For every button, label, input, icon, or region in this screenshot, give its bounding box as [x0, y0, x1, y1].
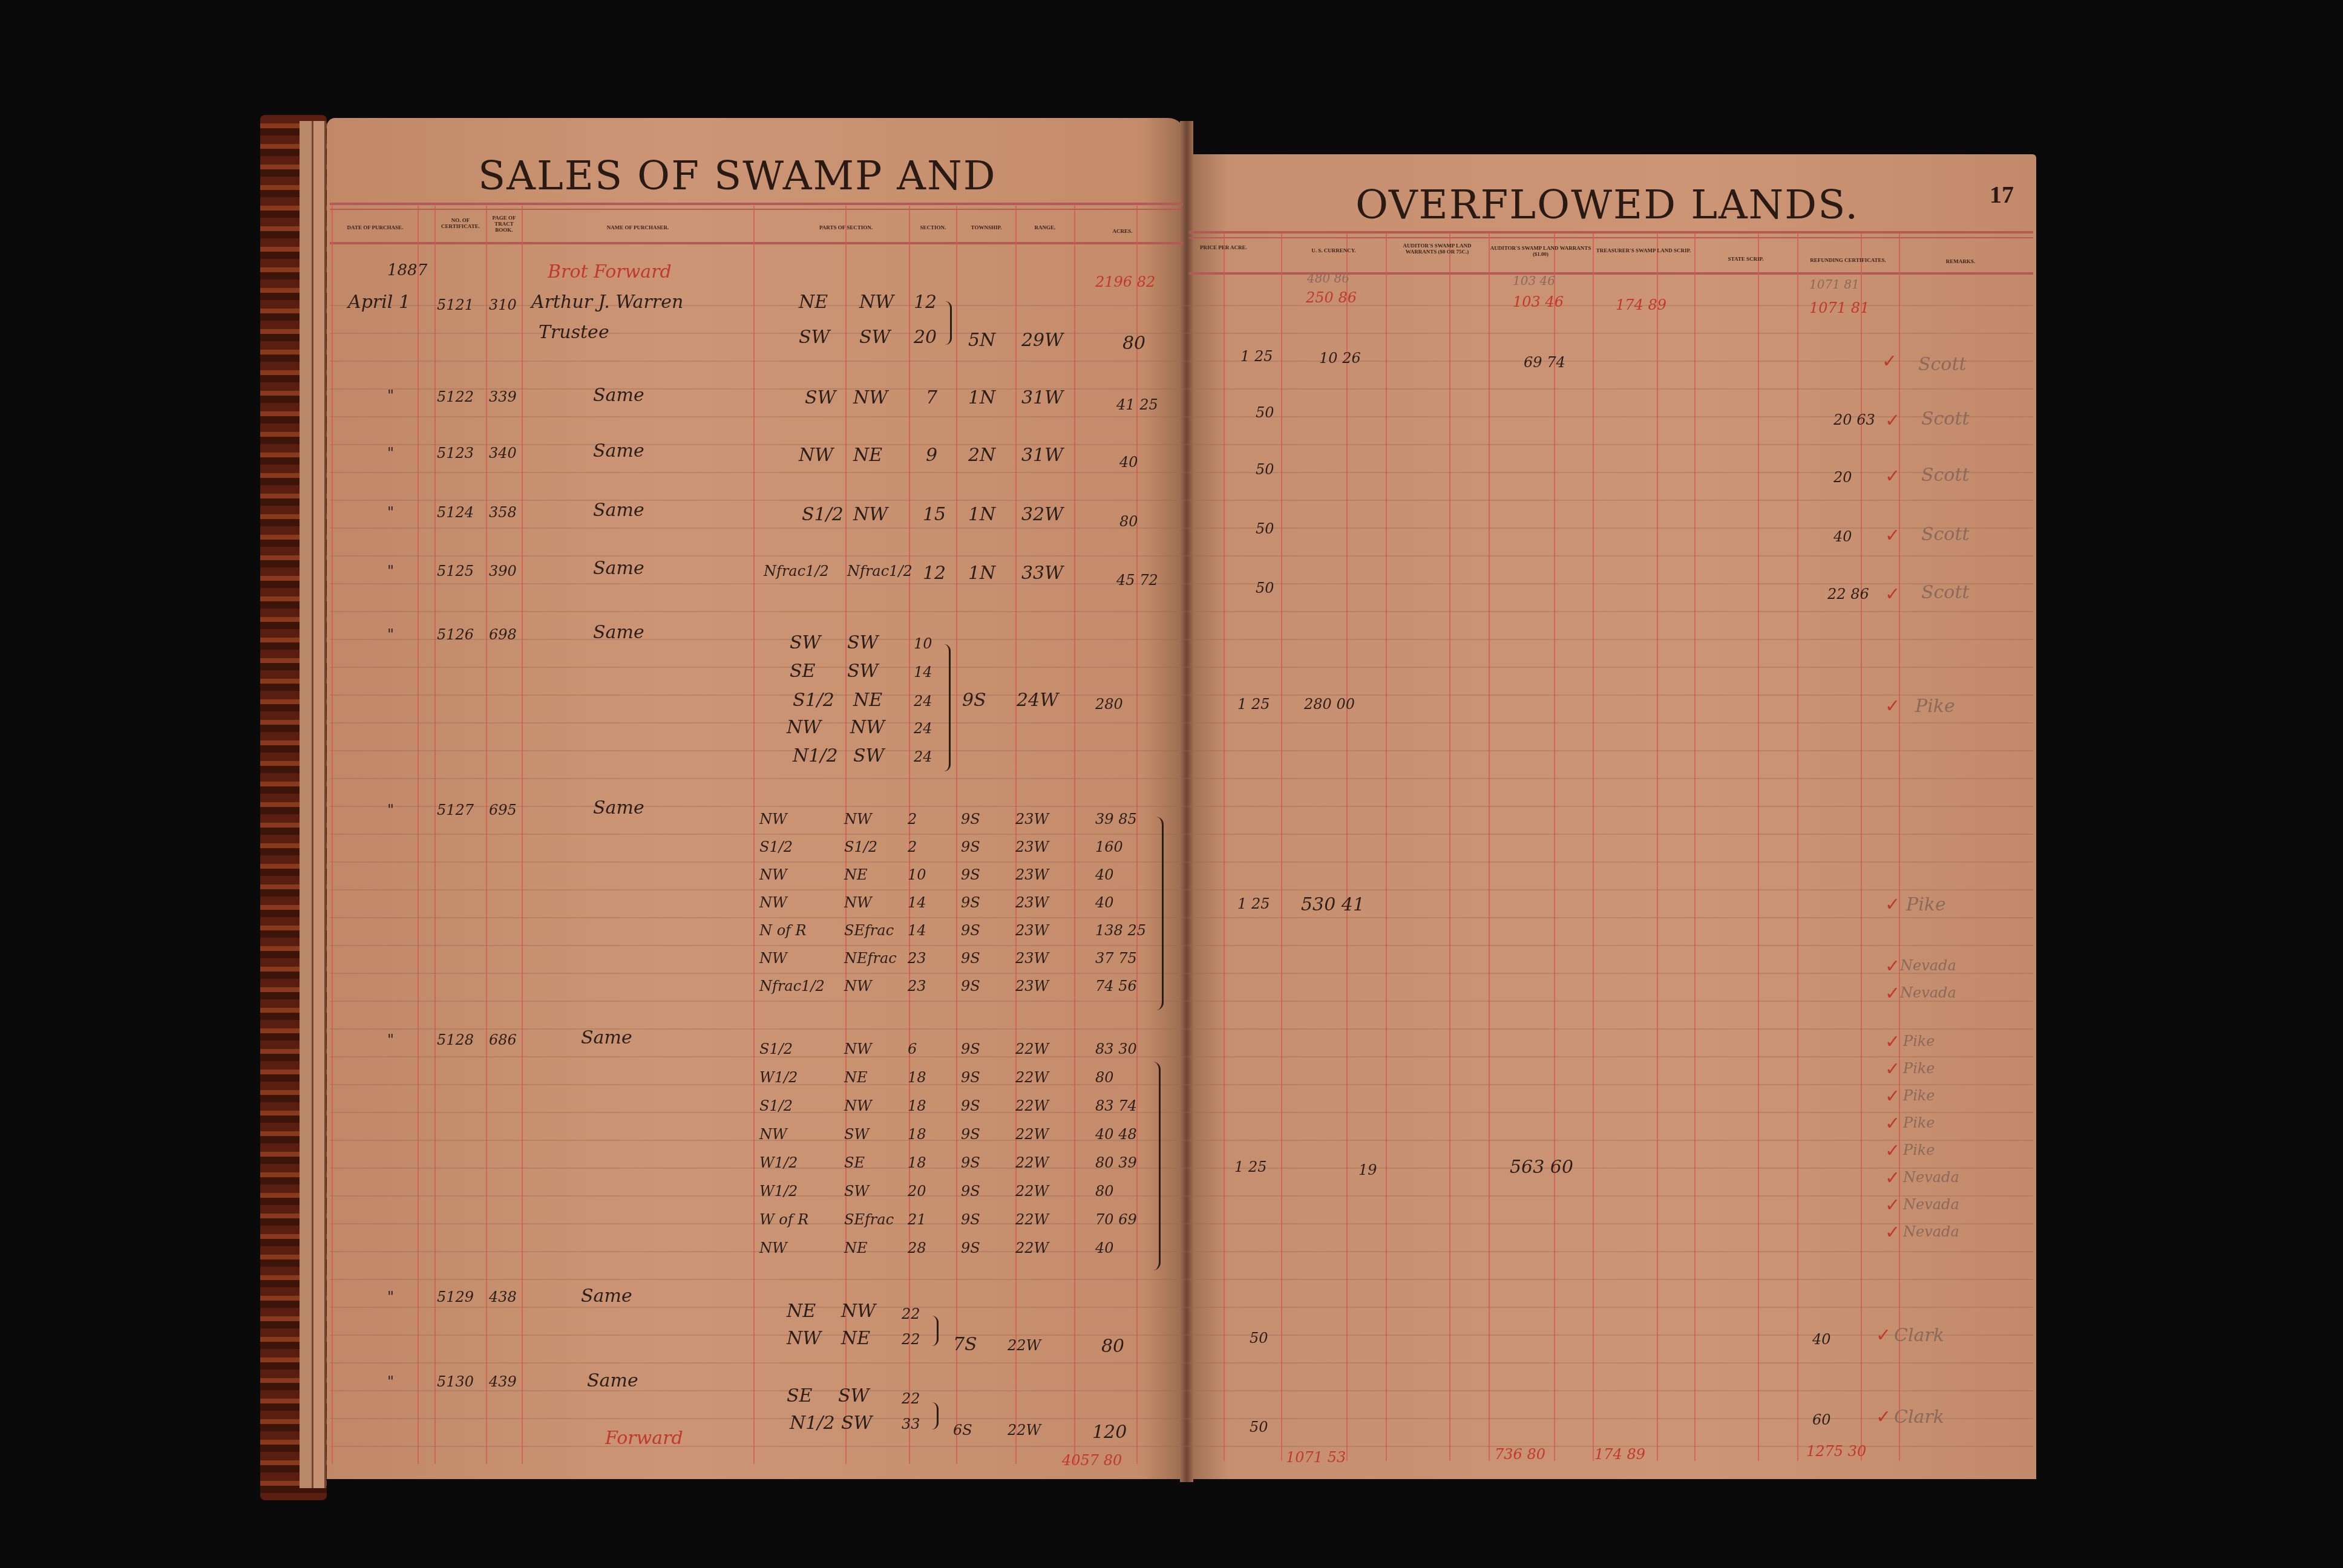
entry-page: 358 [489, 504, 517, 521]
parcel-part: SW [805, 387, 836, 408]
checkmark-icon: ✓ [1876, 1325, 1891, 1346]
parcel-acres: 74 56 [1095, 978, 1137, 995]
entry-price: 50 [1250, 1330, 1268, 1347]
parcel-acres: 80 [1095, 1183, 1114, 1200]
parcel-section: 9 [926, 445, 937, 466]
forward-auditor-100: 736 80 [1495, 1446, 1545, 1463]
parcel-section: 18 [908, 1154, 926, 1171]
parcel-section: 14 [908, 894, 926, 911]
parcel-quarter: NE [844, 1240, 868, 1256]
parcel-acres: 37 75 [1095, 950, 1137, 967]
parcel-part: SW [799, 327, 830, 348]
parcel-part: NW [787, 1328, 821, 1349]
parcel-township: 9S [961, 1126, 980, 1143]
parcel-section: 12 [923, 563, 946, 584]
parcel-quarter: SW [847, 632, 878, 653]
entry-remarks: Nevada [1900, 957, 1956, 974]
parcel-section: 33 [902, 1416, 920, 1432]
entry-remarks: Scott [1921, 524, 1970, 545]
parcel-section: 10 [908, 866, 926, 883]
parcel-quarter: S1/2 [844, 838, 877, 855]
parcel-section: 18 [908, 1097, 926, 1114]
parcel-part: SE [790, 661, 815, 682]
header-rule-top [1189, 237, 2033, 238]
checkmark-icon: ✓ [1885, 1059, 1900, 1080]
entry-us-currency: 19 [1358, 1161, 1377, 1178]
entry-purchaser: Same [581, 1285, 632, 1307]
entry-us-currency: 530 41 [1301, 894, 1365, 915]
parcel-township: 9S [961, 950, 980, 967]
entry-us-currency: 280 00 [1304, 696, 1355, 713]
entry-remarks: Pike [1906, 894, 1946, 915]
parcel-range: 22W [1015, 1240, 1049, 1256]
parcel-quarter: SW [847, 661, 878, 682]
parcel-quarter: SW [838, 1385, 869, 1406]
entry-range: 31W [1021, 445, 1063, 466]
entry-purchaser: Same [587, 1370, 638, 1391]
parcel-quarter: SW [859, 327, 890, 348]
entry-auditor-100: 563 60 [1510, 1157, 1573, 1178]
entry-acres: 280 [1095, 696, 1123, 713]
forward-treasurer-scrip: 174 89 [1594, 1446, 1645, 1463]
parcel-quarter: NW [844, 978, 872, 995]
forward-us-currency: 1071 53 [1286, 1449, 1346, 1466]
entry-price: 1 25 [1237, 696, 1270, 713]
year-label: 1887 [387, 261, 427, 279]
parcel-section: 28 [908, 1240, 926, 1256]
entry-range: 22W [1008, 1422, 1041, 1439]
parcel-part: N of R [759, 922, 807, 939]
col-header-township: Township. [957, 225, 1015, 231]
parcel-part: Nfrac1/2 [764, 563, 829, 580]
parcel-township: 9S [961, 866, 980, 883]
entry-range: 31W [1021, 387, 1063, 408]
parcel-part: SE [787, 1385, 812, 1406]
parcel-part: W1/2 [759, 1154, 798, 1171]
parcel-acres: 160 [1095, 838, 1123, 855]
entry-certificate: 5123 [437, 445, 474, 462]
parcel-range: 23W [1015, 922, 1049, 939]
checkmark-icon: ✓ [1885, 410, 1900, 431]
parcel-quarter: NW [853, 504, 888, 525]
parcel-township: 9S [961, 1040, 980, 1057]
parcel-section: 6 [908, 1040, 917, 1057]
entry-refunding: 40 [1833, 528, 1852, 545]
parcel-section: 2 [908, 811, 917, 828]
parcel-section: 21 [908, 1211, 926, 1228]
parcel-quarter: SW [841, 1413, 872, 1434]
entry-remarks: Nevada [1903, 1196, 1959, 1213]
parcel-section: 2 [908, 838, 917, 855]
parcel-quarter: NW [844, 811, 872, 828]
header-rule-bottom [330, 242, 1183, 244]
forward-acres: 4057 80 [1062, 1452, 1122, 1469]
parcel-section: 12 [914, 292, 937, 313]
parcel-range: 23W [1015, 978, 1049, 995]
entry-acres: 80 [1119, 513, 1138, 530]
entry-date: " [387, 445, 394, 462]
checkmark-icon: ✓ [1885, 983, 1900, 1004]
checkmark-icon: ✓ [1876, 1406, 1891, 1428]
parcel-acres: 39 85 [1095, 811, 1137, 828]
parcel-section: 24 [914, 693, 932, 710]
parcel-quarter: NE [841, 1328, 870, 1349]
brace [945, 301, 952, 345]
parcel-township: 9S [961, 1069, 980, 1086]
parcel-part: SW [790, 632, 821, 653]
parcel-acres: 40 [1095, 1240, 1114, 1256]
entry-page: 439 [489, 1373, 517, 1390]
entry-remarks: Clark [1894, 1406, 1944, 1428]
parcel-section: 14 [914, 664, 932, 681]
parcel-part: N1/2 [790, 1413, 835, 1434]
parcel-part: NW [759, 866, 787, 883]
parcel-quarter: Nfrac1/2 [847, 563, 913, 580]
col-header-state-scrip: State Scrip. [1696, 256, 1796, 263]
parcel-part: NW [759, 1126, 787, 1143]
parcel-quarter: NW [853, 387, 888, 408]
brace [1153, 1062, 1161, 1270]
entry-page: 698 [489, 626, 517, 643]
parcel-acres: 40 [1095, 894, 1114, 911]
brace [932, 1402, 939, 1429]
parcel-section: 22 [902, 1305, 920, 1322]
parcel-part: NW [759, 1240, 787, 1256]
parcel-section: 14 [908, 922, 926, 939]
brought-forward-us-currency: 250 86 [1306, 289, 1357, 306]
entry-page: 438 [489, 1289, 517, 1305]
page-number: 17 [1990, 180, 2014, 209]
entry-range: 33W [1021, 563, 1063, 584]
ledger-title-left: SALES OF SWAMP AND [478, 152, 997, 199]
parcel-quarter: NE [844, 1069, 868, 1086]
entry-remarks: Nevada [1903, 1223, 1959, 1240]
parcel-township: 9S [961, 838, 980, 855]
parcel-section: 24 [914, 748, 932, 765]
parcel-part: NE [787, 1301, 816, 1322]
checkmark-icon: ✓ [1885, 1140, 1900, 1161]
checkmark-icon: ✓ [1885, 584, 1900, 605]
entry-purchaser: Same [593, 500, 644, 521]
entry-range: 24W [1017, 690, 1058, 711]
parcel-range: 22W [1015, 1069, 1049, 1086]
parcel-range: 22W [1015, 1183, 1049, 1200]
col-header-auditor-warrants-75c: Auditor's Swamp Land Warrants ($0 or 75c… [1387, 243, 1487, 255]
entry-date: " [387, 1373, 394, 1390]
parcel-quarter: SW [844, 1126, 869, 1143]
parcel-quarter: NE [853, 690, 882, 711]
parcel-township: 9S [961, 922, 980, 939]
parcel-part: NE [799, 292, 828, 313]
entry-page: 340 [489, 445, 517, 462]
col-header-us-currency: U. S. Currency. [1282, 248, 1385, 254]
col-header-treasurer-scrip: Treasurer's Swamp Land Scrip. [1594, 248, 1693, 254]
checkmark-icon: ✓ [1885, 1168, 1900, 1189]
entry-certificate: 5126 [437, 626, 474, 643]
entry-certificate: 5129 [437, 1289, 474, 1305]
brace [932, 1316, 939, 1346]
brought-forward-label: Brot Forward [548, 261, 672, 283]
entry-us-currency: 10 26 [1319, 350, 1361, 367]
entry-remarks: Scott [1921, 408, 1970, 430]
parcel-part: W1/2 [759, 1069, 798, 1086]
entry-price: 1 25 [1237, 895, 1270, 912]
brought-forward-refunding-pencil: 1071 81 [1809, 277, 1860, 292]
parcel-section: 18 [908, 1069, 926, 1086]
parcel-part: NW [759, 894, 787, 911]
entry-certificate: 5121 [437, 296, 474, 313]
parcel-quarter: SEfrac [844, 922, 894, 939]
entry-township: 1N [968, 387, 995, 408]
entry-date: " [387, 387, 394, 404]
entry-remarks: Clark [1894, 1325, 1944, 1346]
entry-date: " [387, 626, 394, 643]
entry-remarks: Pike [1903, 1033, 1935, 1050]
entry-township: 9S [962, 690, 986, 711]
parcel-township: 9S [961, 894, 980, 911]
parcel-acres: 80 39 [1095, 1154, 1137, 1171]
parcel-quarter: NEfrac [844, 950, 897, 967]
brought-forward-auditor-100: 103 46 [1513, 293, 1564, 310]
entry-page: 686 [489, 1031, 517, 1048]
parcel-part: S1/2 [759, 838, 793, 855]
parcel-part: NW [787, 717, 821, 738]
entry-auditor-100: 69 74 [1524, 354, 1565, 371]
parcel-section: 7 [926, 387, 937, 408]
parcel-acres: 70 69 [1095, 1211, 1137, 1228]
parcel-part: W1/2 [759, 1183, 798, 1200]
parcel-part: W of R [759, 1211, 808, 1228]
entry-price: 50 [1256, 404, 1274, 421]
parcel-range: 22W [1015, 1097, 1049, 1114]
entry-date: " [387, 563, 394, 580]
parcel-part: S1/2 [793, 690, 834, 711]
page-stack-edge [300, 121, 313, 1488]
entry-date: April 1 [348, 292, 410, 313]
parcel-range: 22W [1015, 1154, 1049, 1171]
entry-certificate: 5122 [437, 388, 474, 405]
entry-refunding: 60 [1812, 1411, 1831, 1428]
col-header-refunding-certificates: Refunding Certificates. [1798, 258, 1898, 264]
parcel-acres: 40 [1095, 866, 1114, 883]
entry-purchaser: Same [593, 558, 644, 579]
parcel-part: NW [759, 811, 787, 828]
entry-purchaser: Same [593, 385, 644, 406]
entry-certificate: 5127 [437, 802, 474, 818]
checkmark-icon: ✓ [1885, 1113, 1900, 1134]
checkmark-icon: ✓ [1882, 351, 1897, 372]
entry-range: 22W [1008, 1337, 1041, 1354]
col-header-auditor-warrants-100: Auditor's Swamp Land Warrants ($1.00) [1490, 246, 1591, 258]
entry-refunding: 22 86 [1827, 586, 1869, 603]
parcel-part: N1/2 [793, 745, 838, 766]
parcel-acres: 83 74 [1095, 1097, 1137, 1114]
entry-price: 50 [1256, 580, 1274, 596]
parcel-range: 22W [1015, 1040, 1049, 1057]
entry-township: 2N [968, 445, 995, 466]
entry-remarks: Nevada [1903, 1169, 1959, 1186]
entry-page: 339 [489, 388, 517, 405]
entry-date: " [387, 1031, 394, 1048]
entry-purchaser: Same [593, 622, 644, 643]
header-rule-top [330, 203, 1183, 205]
entry-purchaser: Same [593, 797, 644, 818]
parcel-range: 23W [1015, 811, 1049, 828]
col-header-certificate: No. of Certificate. [436, 218, 485, 230]
entry-purchaser: Arthur J. Warren [531, 292, 683, 313]
parcel-range: 23W [1015, 866, 1049, 883]
entry-certificate: 5124 [437, 504, 474, 521]
entry-acres: 41 25 [1116, 396, 1158, 413]
entry-remarks: Pike [1903, 1114, 1935, 1131]
entry-price: 1 25 [1240, 348, 1273, 365]
col-header-price-per-acre: Price Per Acre. [1193, 245, 1254, 251]
parcel-quarter: SEfrac [844, 1211, 894, 1228]
checkmark-icon: ✓ [1885, 1086, 1900, 1107]
checkmark-icon: ✓ [1885, 894, 1900, 915]
parcel-quarter: NW [844, 1097, 872, 1114]
entry-acres: 80 [1122, 333, 1145, 354]
entry-certificate: 5130 [437, 1373, 474, 1390]
parcel-part: NW [759, 950, 787, 967]
entry-acres: 80 [1101, 1336, 1124, 1357]
entry-date: " [387, 504, 394, 521]
checkmark-icon: ✓ [1885, 956, 1900, 977]
parcel-quarter: NW [844, 894, 872, 911]
forward-label: Forward [605, 1428, 683, 1449]
col-header-acres: Acres. [1077, 229, 1168, 235]
entry-range: 29W [1021, 330, 1063, 351]
parcel-section: 22 [902, 1390, 920, 1407]
entry-remarks: Pike [1903, 1087, 1935, 1104]
parcel-quarter: NW [844, 1040, 872, 1057]
entry-purchaser: Same [593, 440, 644, 462]
entry-range: 32W [1021, 504, 1063, 525]
page-stack-edge [313, 121, 326, 1488]
entry-date: " [387, 802, 394, 818]
entry-price: 50 [1250, 1419, 1268, 1436]
parcel-township: 9S [961, 1211, 980, 1228]
entry-remarks: Scott [1918, 354, 1967, 375]
entry-township: 5N [968, 330, 995, 351]
parcel-quarter: SW [844, 1183, 869, 1200]
entry-township: 1N [968, 563, 995, 584]
parcel-section: 23 [908, 950, 926, 967]
entry-remarks: Pike [1903, 1142, 1935, 1158]
parcel-acres: 80 [1095, 1069, 1114, 1086]
col-header-remarks: Remarks. [1900, 259, 2021, 265]
ledger-title-right: OVERFLOWED LANDS. [1355, 181, 1859, 228]
parcel-quarter: NW [859, 292, 894, 313]
header-rule-top [1189, 231, 2033, 234]
checkmark-icon: ✓ [1885, 696, 1900, 717]
parcel-quarter: SE [844, 1154, 865, 1171]
col-header-date: Date of Purchase. [334, 225, 416, 231]
brought-forward-acres: 2196 82 [1095, 273, 1155, 290]
checkmark-icon: ✓ [1885, 466, 1900, 487]
entry-certificate: 5128 [437, 1031, 474, 1048]
header-rule-top [330, 209, 1183, 210]
entry-price: 50 [1256, 520, 1274, 537]
parcel-quarter: NE [853, 445, 882, 466]
parcel-quarter: SW [853, 745, 884, 766]
parcel-acres: 40 48 [1095, 1126, 1137, 1143]
parcel-quarter: NW [841, 1301, 876, 1322]
parcel-township: 9S [961, 1183, 980, 1200]
forward-refunding: 1275 30 [1806, 1443, 1866, 1460]
parcel-part: S1/2 [759, 1040, 793, 1057]
parcel-township: 9S [961, 978, 980, 995]
entry-remarks: Scott [1921, 582, 1970, 603]
parcel-part: S1/2 [759, 1097, 793, 1114]
entry-refunding: 20 [1833, 469, 1852, 486]
entry-township: 7S [953, 1334, 977, 1355]
parcel-part: Nfrac1/2 [759, 978, 825, 995]
brought-forward-currency-pencil: 480 86 [1307, 271, 1349, 286]
entry-purchaser-line2: Trustee [539, 322, 609, 343]
parcel-section: 20 [908, 1183, 926, 1200]
parcel-quarter: NE [844, 866, 868, 883]
parcel-section: 23 [908, 978, 926, 995]
entry-remarks: Pike [1903, 1060, 1935, 1077]
entry-page: 310 [489, 296, 517, 313]
col-header-range: Range. [1017, 225, 1073, 231]
entry-township: 6S [953, 1422, 972, 1439]
entry-acres: 45 72 [1116, 572, 1158, 589]
entry-price: 1 25 [1234, 1158, 1267, 1175]
entry-remarks: Nevada [1900, 984, 1956, 1001]
entry-purchaser: Same [581, 1027, 632, 1048]
parcel-section: 20 [914, 327, 937, 348]
entry-remarks: Scott [1921, 465, 1970, 486]
col-header-purchaser: Name of Purchaser. [523, 225, 752, 231]
parcel-township: 9S [961, 811, 980, 828]
parcel-township: 9S [961, 1097, 980, 1114]
parcel-part: S1/2 [802, 504, 844, 525]
parcel-range: 22W [1015, 1126, 1049, 1143]
entry-acres: 40 [1119, 454, 1138, 471]
entry-price: 50 [1256, 461, 1274, 478]
col-header-tract-book-page: Page of Tract Book. [487, 215, 521, 234]
parcel-section: 18 [908, 1126, 926, 1143]
parcel-range: 23W [1015, 838, 1049, 855]
parcel-range: 23W [1015, 894, 1049, 911]
entry-refunding: 40 [1812, 1331, 1831, 1348]
entry-remarks: Pike [1915, 696, 1955, 717]
col-header-section: Section. [910, 225, 956, 231]
parcel-acres: 138 25 [1095, 922, 1146, 939]
entry-certificate: 5125 [437, 563, 474, 580]
parcel-quarter: NW [850, 717, 885, 738]
parcel-township: 9S [961, 1240, 980, 1256]
entry-date: " [387, 1289, 394, 1305]
parcel-range: 23W [1015, 950, 1049, 967]
parcel-section: 24 [914, 720, 932, 737]
checkmark-icon: ✓ [1885, 1195, 1900, 1216]
parcel-range: 22W [1015, 1211, 1049, 1228]
checkmark-icon: ✓ [1885, 1222, 1900, 1243]
brace [944, 644, 951, 771]
brought-forward-auditor-pencil: 103 46 [1513, 273, 1555, 288]
parcel-acres: 83 30 [1095, 1040, 1137, 1057]
parcel-section: 22 [902, 1331, 920, 1348]
parcel-township: 9S [961, 1154, 980, 1171]
parcel-section: 15 [923, 504, 946, 525]
entry-page: 390 [489, 563, 517, 580]
entry-township: 1N [968, 504, 995, 525]
parcel-part: NW [799, 445, 833, 466]
col-header-parts-of-section: Parts of Section. [755, 225, 937, 231]
